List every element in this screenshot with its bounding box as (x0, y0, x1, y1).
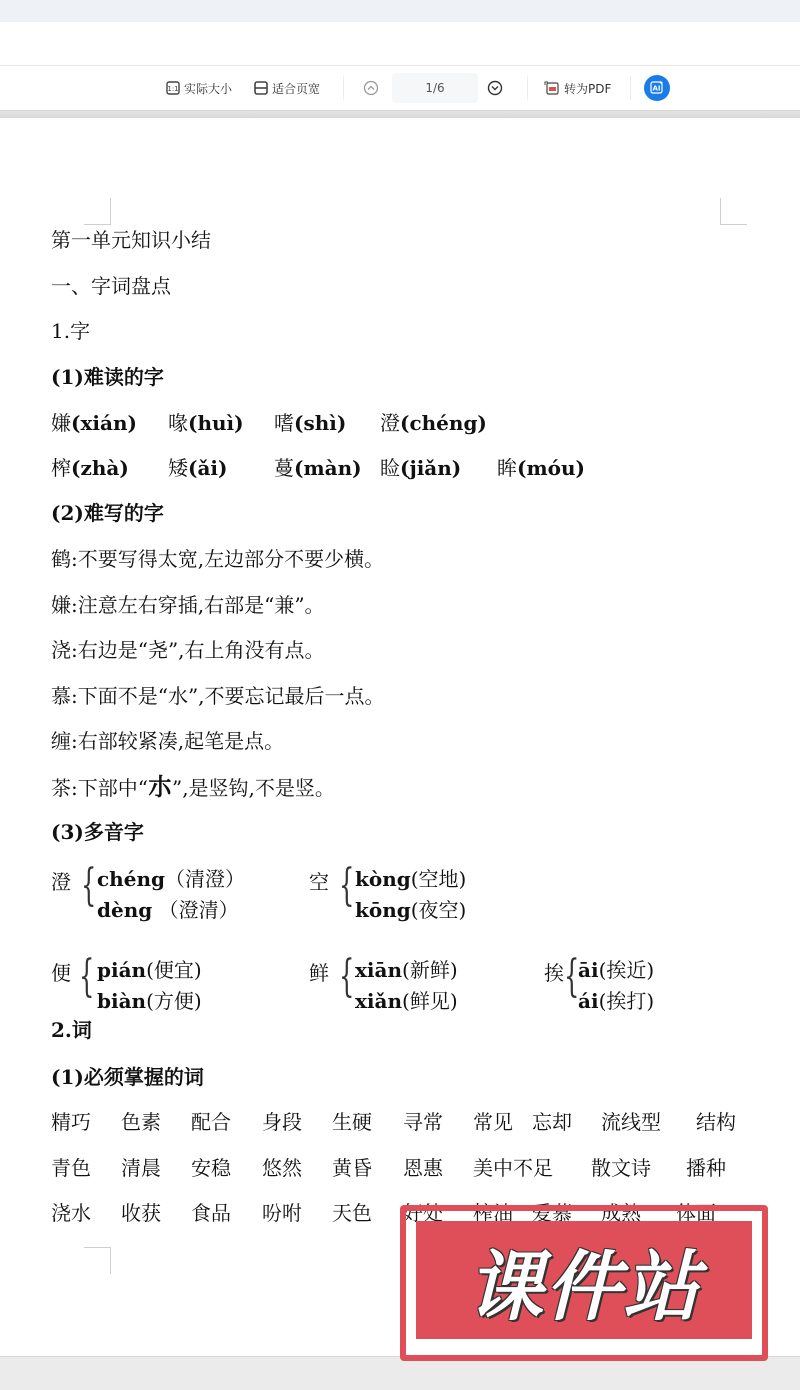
polyphone-group: 挨 { āi(挨近) ái(挨打) (544, 949, 704, 1009)
reading-item: 蔓(màn) (274, 455, 362, 481)
writing-note: 茶:下部中“朩”,是竖钩,不是竖。 (51, 774, 335, 801)
window-top-strip (0, 0, 800, 22)
polyphone-group: 空 { kòng(空地) kōng(夜空) (309, 858, 509, 918)
writing-note: 嫌:注意左右穿插,右部是“兼”。 (51, 592, 325, 618)
viewer-toolbar: 1:1 实际大小 适合页宽 1/6 转为PDF AI (0, 66, 800, 111)
svg-text:1:1: 1:1 (167, 85, 178, 93)
section-heading: 一、字词盘点 (51, 273, 171, 299)
toolbar-divider (527, 76, 528, 100)
writing-note: 鹤:不要写得太宽,左边部分不要少横。 (51, 546, 384, 572)
actual-size-icon: 1:1 (166, 81, 180, 95)
must-words-heading: (1)必须掌握的词 (51, 1064, 204, 1090)
writing-note: 缠:右部较紧凑,起笔是点。 (51, 728, 284, 754)
fit-width-icon (254, 81, 268, 95)
polyphone-heading: (3)多音字 (51, 819, 144, 845)
polyphone-group: 鲜 { xiān(新鲜) xiǎn(鲜见) (309, 949, 509, 1009)
convert-to-pdf-button[interactable]: 转为PDF (544, 66, 611, 110)
hard-to-read-heading: (1)难读的字 (51, 364, 164, 390)
chevron-down-circle-icon (487, 80, 503, 96)
word-row: 青色 清晨 安稳 悠然 黄昏 恩惠 美中不足 散文诗 播种 (51, 1155, 771, 1181)
watermark-text: 课件站 (467, 1226, 701, 1335)
page-corner-mark (720, 198, 747, 225)
actual-size-button[interactable]: 1:1 实际大小 (166, 66, 232, 110)
word-row: 精巧 色素 配合 身段 生硬 寻常 常见 忘却 流线型 结构 (51, 1109, 771, 1135)
reading-item: 睑(jiǎn) (380, 455, 461, 481)
page-indicator: 1/6 (425, 81, 444, 95)
polyphone-group: 澄 { chéng（清澄） dèng （澄清） (51, 858, 271, 918)
chevron-up-circle-icon (363, 80, 379, 96)
toolbar-shadow (0, 111, 800, 118)
toolbar-divider (630, 76, 631, 100)
actual-size-label: 实际大小 (184, 80, 232, 97)
reading-item: 嗜(shì) (274, 410, 346, 436)
next-page-button[interactable] (487, 66, 507, 110)
page-corner-mark (84, 1247, 111, 1274)
previous-page-button[interactable] (363, 66, 383, 110)
document-title: 第一单元知识小结 (51, 227, 211, 253)
writing-note: 浇:右边是“尧”,右上角没有点。 (51, 637, 325, 663)
page-corner-mark (84, 198, 111, 225)
convert-to-pdf-label: 转为PDF (564, 80, 611, 97)
fit-width-button[interactable]: 适合页宽 (254, 66, 320, 110)
fit-width-label: 适合页宽 (272, 80, 320, 97)
reading-item: 嫌(xián) (51, 410, 137, 436)
writing-note: 慕:下面不是“水”,不要忘记最后一点。 (51, 683, 385, 709)
reading-item: 眸(móu) (497, 455, 585, 481)
toolbar-divider (343, 76, 344, 100)
reading-item: 榨(zhà) (51, 455, 129, 481)
watermark-stamp: 课件站 (400, 1205, 768, 1361)
header-area (0, 22, 800, 66)
document-page: 第一单元知识小结 一、字词盘点 1.字 (1)难读的字 嫌(xián) 喙(hu… (0, 118, 800, 1357)
stamp-fill: 课件站 (416, 1221, 752, 1339)
reading-item: 澄(chéng) (380, 410, 487, 436)
svg-text:AI: AI (652, 84, 660, 92)
reading-item: 喙(huì) (168, 410, 244, 436)
ai-icon: AI (650, 79, 664, 98)
subsection-heading: 2.词 (51, 1017, 92, 1043)
radical-glyph: 朩 (148, 773, 172, 801)
subsection-heading: 1.字 (51, 318, 90, 344)
page-number-input[interactable]: 1/6 (392, 73, 478, 103)
polyphone-group: 便 { pián(便宜) biàn(方便) (51, 949, 251, 1009)
hard-to-write-heading: (2)难写的字 (51, 500, 164, 526)
pdf-convert-icon (544, 80, 560, 96)
ai-assistant-button[interactable]: AI (644, 75, 670, 101)
reading-item: 矮(ǎi) (168, 455, 227, 481)
